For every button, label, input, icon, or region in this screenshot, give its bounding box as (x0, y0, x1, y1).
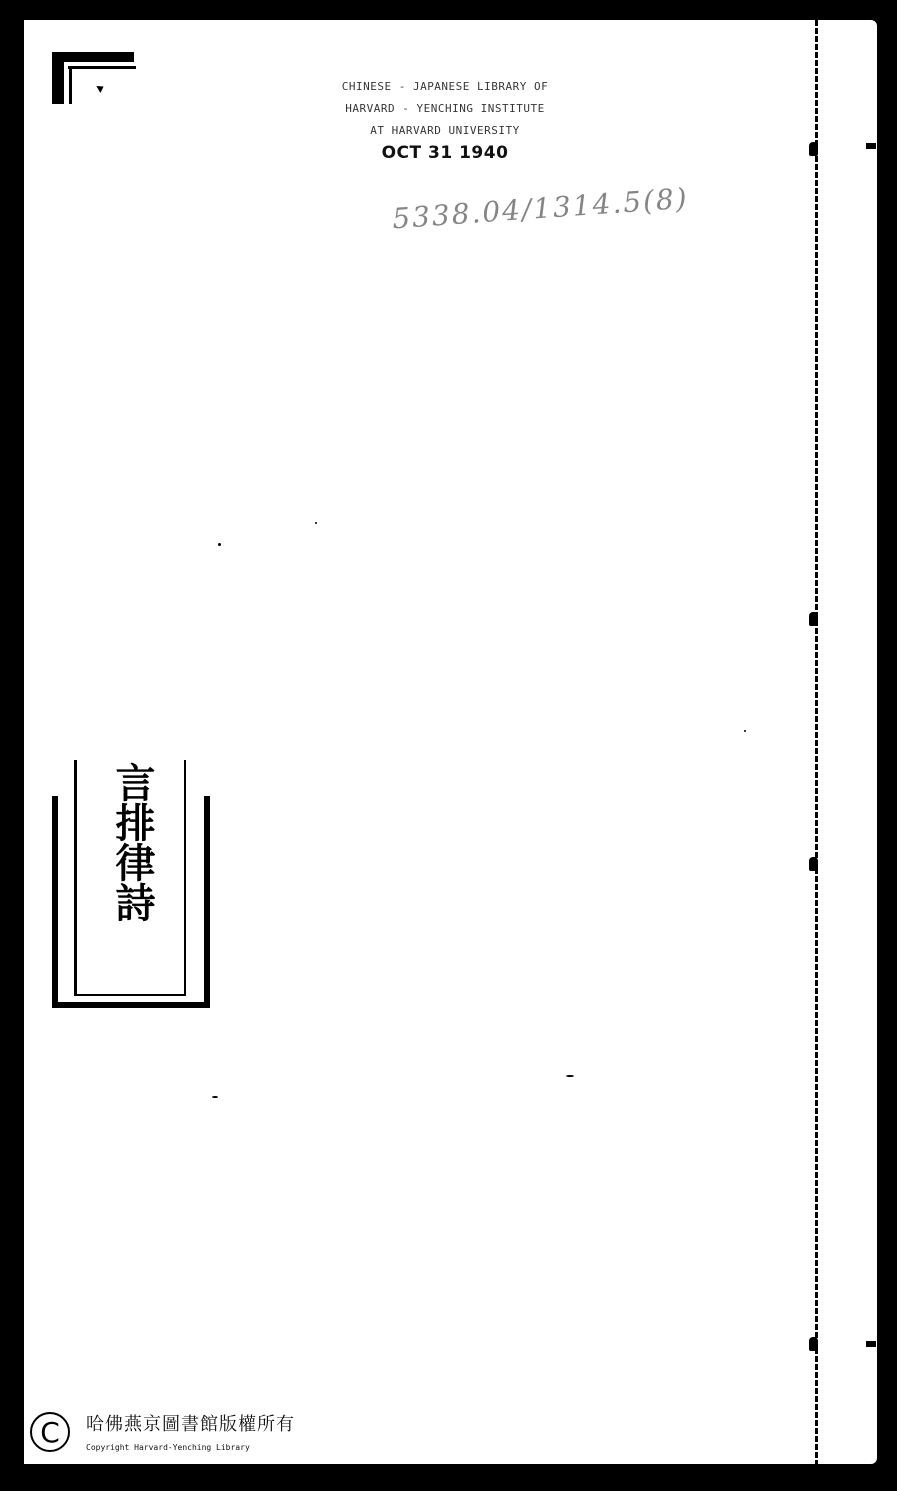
scan-speck (566, 1075, 574, 1077)
title-slip: 言排律詩 (52, 760, 210, 1008)
edge-notch (866, 143, 876, 149)
corner-line-vertical (69, 66, 72, 104)
corner-tick-icon (96, 83, 105, 93)
binding-knot (809, 612, 818, 626)
stamp-line-2: HARVARD - YENCHING INSTITUTE (330, 98, 560, 120)
scan-speck (218, 543, 221, 546)
binding-knot (809, 1337, 818, 1351)
binding-knot (809, 857, 818, 871)
stamp-line-1: CHINESE - JAPANESE LIBRARY OF (330, 76, 560, 98)
copyright-text: 哈佛燕京圖書館版權所有 Copyright Harvard-Yenching L… (86, 1413, 295, 1452)
corner-bar-horizontal (52, 52, 134, 62)
stamp-line-3: AT HARVARD UNIVERSITY (330, 120, 560, 142)
corner-bracket-mark (52, 52, 134, 104)
library-stamp: CHINESE - JAPANESE LIBRARY OF HARVARD - … (330, 76, 560, 164)
corner-bar-vertical (52, 52, 64, 104)
edge-notch (866, 1341, 876, 1347)
scan-speck (315, 522, 317, 524)
scan-speck (212, 1096, 218, 1098)
scanned-page: CHINESE - JAPANESE LIBRARY OF HARVARD - … (0, 0, 897, 1491)
book-title: 言排律詩 (107, 762, 155, 942)
copyright-footer: C 哈佛燕京圖書館版權所有 Copyright Harvard-Yenching… (30, 1408, 295, 1456)
title-slip-label: 言排律詩 (74, 760, 186, 996)
stamp-date: OCT 31 1940 (330, 142, 560, 164)
copyright-icon: C (30, 1412, 70, 1452)
binding-knot (809, 142, 818, 156)
copyright-english: Copyright Harvard-Yenching Library (86, 1443, 295, 1452)
scan-speck (744, 730, 746, 732)
binding-thread-line (815, 20, 818, 1464)
copyright-chinese: 哈佛燕京圖書館版權所有 (86, 1413, 295, 1437)
book-cover (24, 20, 877, 1464)
corner-line-horizontal (68, 66, 136, 69)
